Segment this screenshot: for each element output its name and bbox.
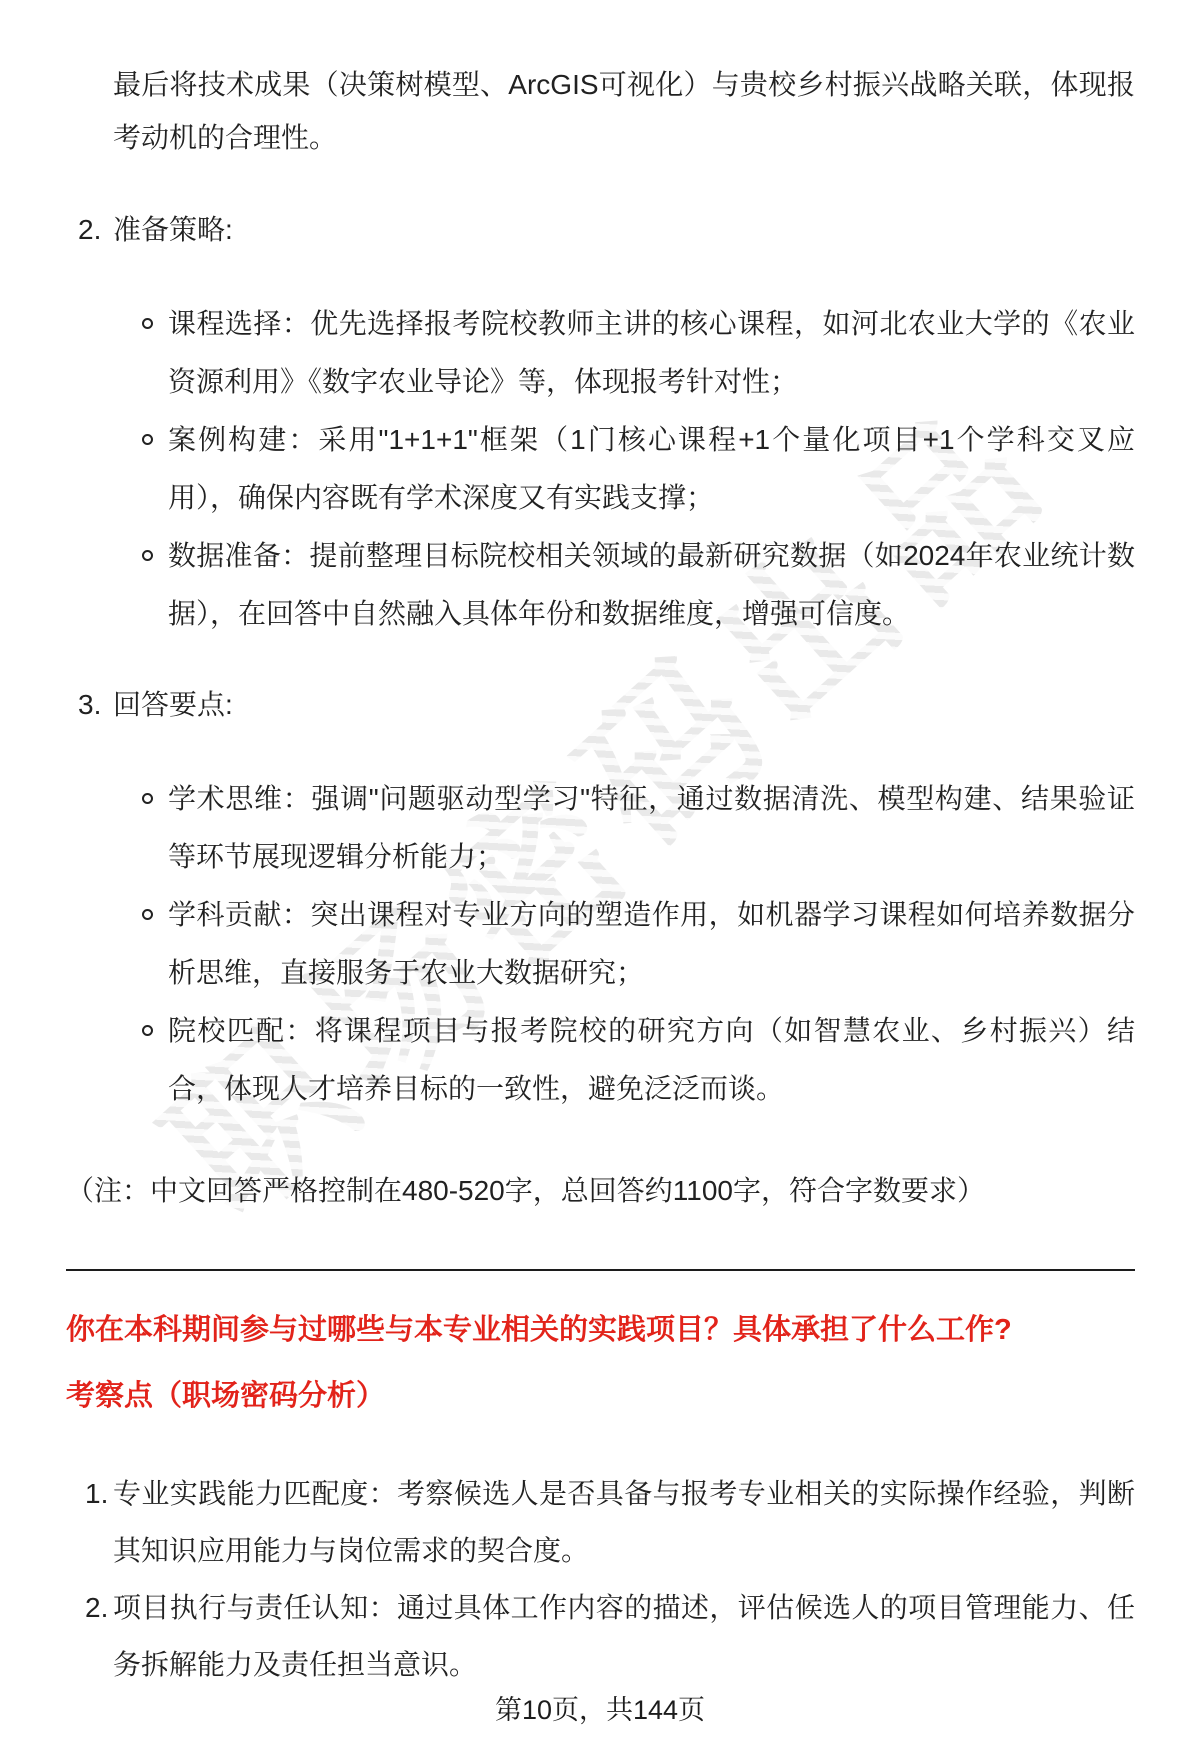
list-item: 院校匹配：将课程项目与报考院校的研究方向（如智慧农业、乡村振兴）结合，体现人才培…	[66, 1002, 1135, 1118]
document-page: 职场密码出品 最后将技术成果（决策树模型、ArcGIS可视化）与贵校乡村振兴战略…	[0, 0, 1200, 1755]
interview-question-heading: 你在本科期间参与过哪些与本专业相关的实践项目？具体承担了什么工作?	[66, 1309, 1135, 1351]
section-3-number: 3.	[78, 688, 113, 722]
list-item: 数据准备：提前整理目标院校相关领域的最新研究数据（如2024年农业统计数据），在…	[66, 527, 1135, 643]
word-count-note: （注：中文回答严格控制在480-520字，总回答约1100字，符合字数要求）	[66, 1173, 1135, 1209]
list-item: 课程选择：优先选择报考院校教师主讲的核心课程，如河北农业大学的《农业资源利用》《…	[66, 295, 1135, 411]
bullet-circle-icon	[142, 318, 153, 329]
bullet-circle-icon	[142, 909, 153, 920]
list-item: 2. 项目执行与责任认知：通过具体工作内容的描述，评估候选人的项目管理能力、任务…	[66, 1579, 1135, 1693]
bullet-circle-icon	[142, 434, 153, 445]
item-number: 1.	[85, 1465, 113, 1579]
section-3-heading: 3. 回答要点:	[66, 688, 1135, 722]
bullet-circle-icon	[142, 1025, 153, 1036]
intro-paragraph: 最后将技术成果（决策树模型、ArcGIS可视化）与贵校乡村振兴战略关联，体现报考…	[113, 58, 1135, 164]
section-3-title: 回答要点:	[113, 688, 233, 722]
bullet-text: 学科贡献：突出课程对专业方向的塑造作用，如机器学习课程如何培养数据分析思维，直接…	[168, 886, 1135, 1002]
assessment-point-list: 1. 专业实践能力匹配度：考察候选人是否具备与报考专业相关的实际操作经验，判断其…	[66, 1465, 1135, 1693]
section-3-bullet-list: 学术思维：强调"问题驱动型学习"特征，通过数据清洗、模型构建、结果验证等环节展现…	[66, 770, 1135, 1118]
item-text: 专业实践能力匹配度：考察候选人是否具备与报考专业相关的实际操作经验，判断其知识应…	[113, 1465, 1135, 1579]
bullet-text: 案例构建：采用"1+1+1"框架（1门核心课程+1个量化项目+1个学科交叉应用）…	[168, 411, 1135, 527]
bullet-text: 院校匹配：将课程项目与报考院校的研究方向（如智慧农业、乡村振兴）结合，体现人才培…	[168, 1002, 1135, 1118]
bullet-text: 学术思维：强调"问题驱动型学习"特征，通过数据清洗、模型构建、结果验证等环节展现…	[168, 770, 1135, 886]
page-number-footer: 第10页，共144页	[0, 1688, 1200, 1727]
section-2-heading: 2. 准备策略:	[66, 213, 1135, 247]
list-item: 案例构建：采用"1+1+1"框架（1门核心课程+1个量化项目+1个学科交叉应用）…	[66, 411, 1135, 527]
section-2-title: 准备策略:	[113, 213, 233, 247]
bullet-text: 课程选择：优先选择报考院校教师主讲的核心课程，如河北农业大学的《农业资源利用》《…	[168, 295, 1135, 411]
list-item: 1. 专业实践能力匹配度：考察候选人是否具备与报考专业相关的实际操作经验，判断其…	[66, 1465, 1135, 1579]
section-divider	[66, 1269, 1135, 1271]
bullet-circle-icon	[142, 793, 153, 804]
item-text: 项目执行与责任认知：通过具体工作内容的描述，评估候选人的项目管理能力、任务拆解能…	[113, 1579, 1135, 1693]
bullet-text: 数据准备：提前整理目标院校相关领域的最新研究数据（如2024年农业统计数据），在…	[168, 527, 1135, 643]
section-2-number: 2.	[78, 213, 113, 247]
analysis-point-heading: 考察点（职场密码分析）	[66, 1375, 1135, 1417]
list-item: 学科贡献：突出课程对专业方向的塑造作用，如机器学习课程如何培养数据分析思维，直接…	[66, 886, 1135, 1002]
page-content: 最后将技术成果（决策树模型、ArcGIS可视化）与贵校乡村振兴战略关联，体现报考…	[66, 58, 1135, 1693]
section-2-bullet-list: 课程选择：优先选择报考院校教师主讲的核心课程，如河北农业大学的《农业资源利用》《…	[66, 295, 1135, 643]
list-item: 学术思维：强调"问题驱动型学习"特征，通过数据清洗、模型构建、结果验证等环节展现…	[66, 770, 1135, 886]
item-number: 2.	[85, 1579, 113, 1693]
bullet-circle-icon	[142, 550, 153, 561]
